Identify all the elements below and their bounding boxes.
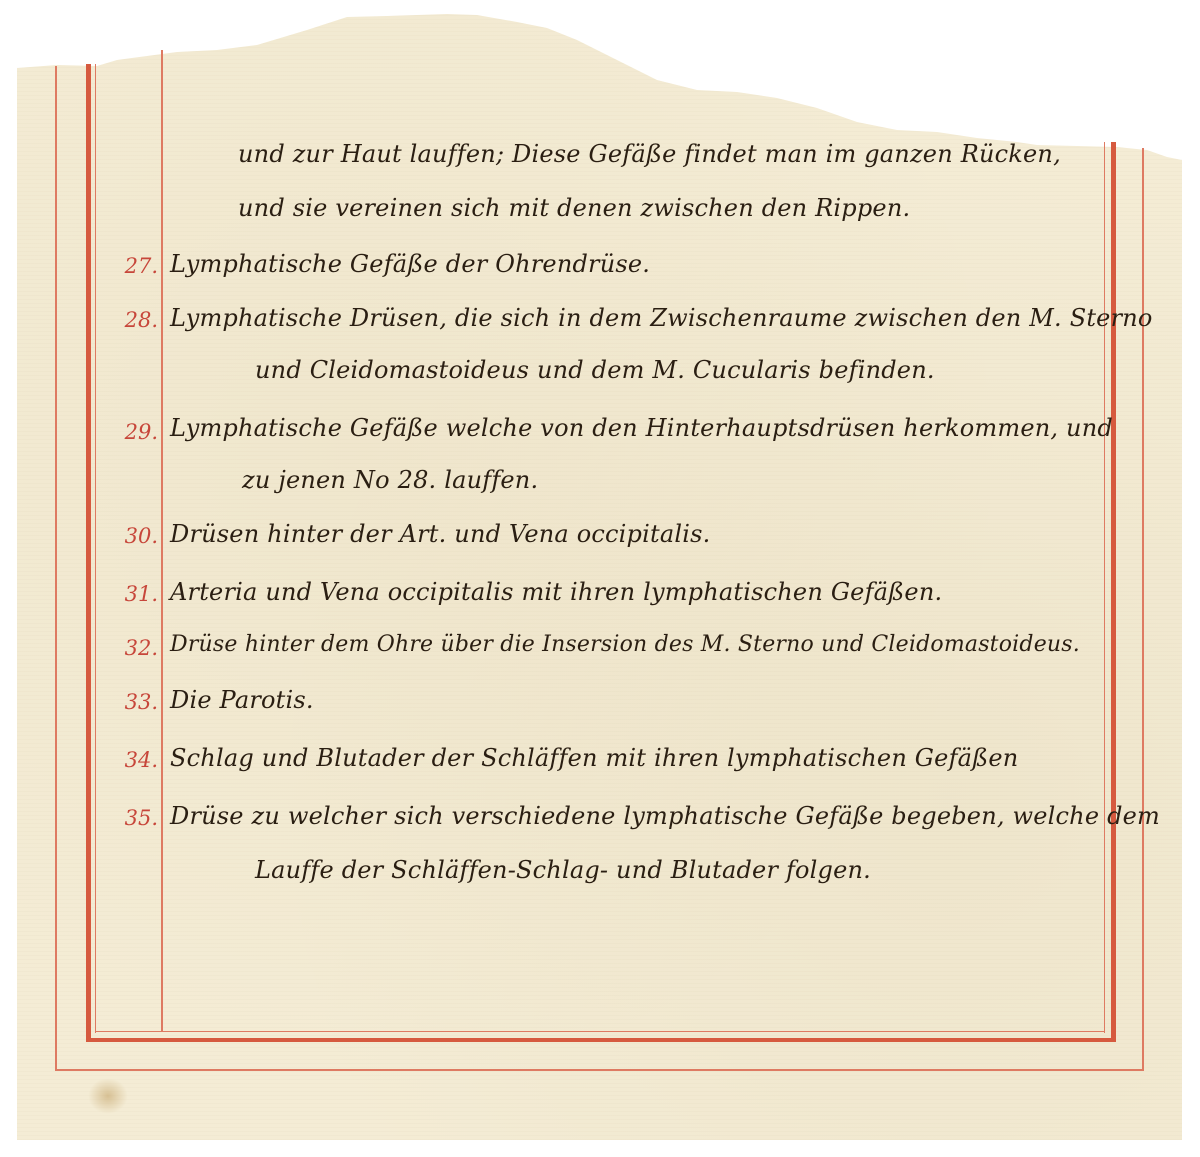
entry-text: Schlag und Blutader der Schläffen mit ih…: [170, 744, 1018, 772]
inner-frame-bottom-rule: [95, 1031, 1105, 1032]
entry-text: Drüse hinter dem Ohre über die Insersion…: [170, 632, 1080, 657]
entry-text: Lymphatische Gefäße der Ohrendrüse.: [170, 250, 650, 278]
outer-frame-left-rule: [55, 66, 57, 1071]
outer-frame-bottom-rule: [55, 1069, 1144, 1071]
paper-stain: [88, 1078, 128, 1114]
entry-number: 35.: [112, 806, 158, 830]
entry-number: 31.: [112, 582, 158, 606]
thick-frame-bottom-rule: [86, 1038, 1116, 1042]
entry-text: und Cleidomastoideus und dem M. Cuculari…: [255, 356, 935, 384]
manuscript-page: [17, 0, 1182, 1140]
entry-text: Lymphatische Gefäße welche von den Hinte…: [170, 414, 1113, 442]
entry-text: zu jenen No 28. lauffen.: [242, 466, 538, 494]
thick-frame-left-rule: [86, 64, 91, 1042]
continuation-line: und sie vereinen sich mit denen zwischen…: [238, 194, 910, 222]
entry-number: 30.: [112, 524, 158, 548]
entry-number: 27.: [112, 254, 158, 278]
thick-frame-right-rule: [1111, 142, 1116, 1042]
entry-number: 29.: [112, 420, 158, 444]
continuation-line: und zur Haut lauffen; Diese Gefäße finde…: [238, 140, 1061, 168]
entry-text: Lymphatische Drüsen, die sich in dem Zwi…: [170, 304, 1153, 332]
entry-number: 28.: [112, 308, 158, 332]
outer-frame-right-rule: [1142, 148, 1144, 1071]
entry-number: 33.: [112, 690, 158, 714]
entry-text: Arteria und Vena occipitalis mit ihren l…: [170, 578, 942, 606]
number-margin-rule: [161, 50, 163, 1032]
entry-text: Drüse zu welcher sich verschiedene lymph…: [170, 802, 1160, 830]
entry-text: Lauffe der Schläffen-Schlag- und Blutade…: [255, 856, 871, 884]
inner-frame-left-rule: [95, 64, 96, 1033]
inner-frame-right-rule: [1104, 142, 1105, 1033]
entry-text: Die Parotis.: [170, 686, 314, 714]
entry-number: 34.: [112, 748, 158, 772]
entry-text: Drüsen hinter der Art. und Vena occipita…: [170, 520, 710, 548]
entry-number: 32.: [112, 636, 158, 660]
